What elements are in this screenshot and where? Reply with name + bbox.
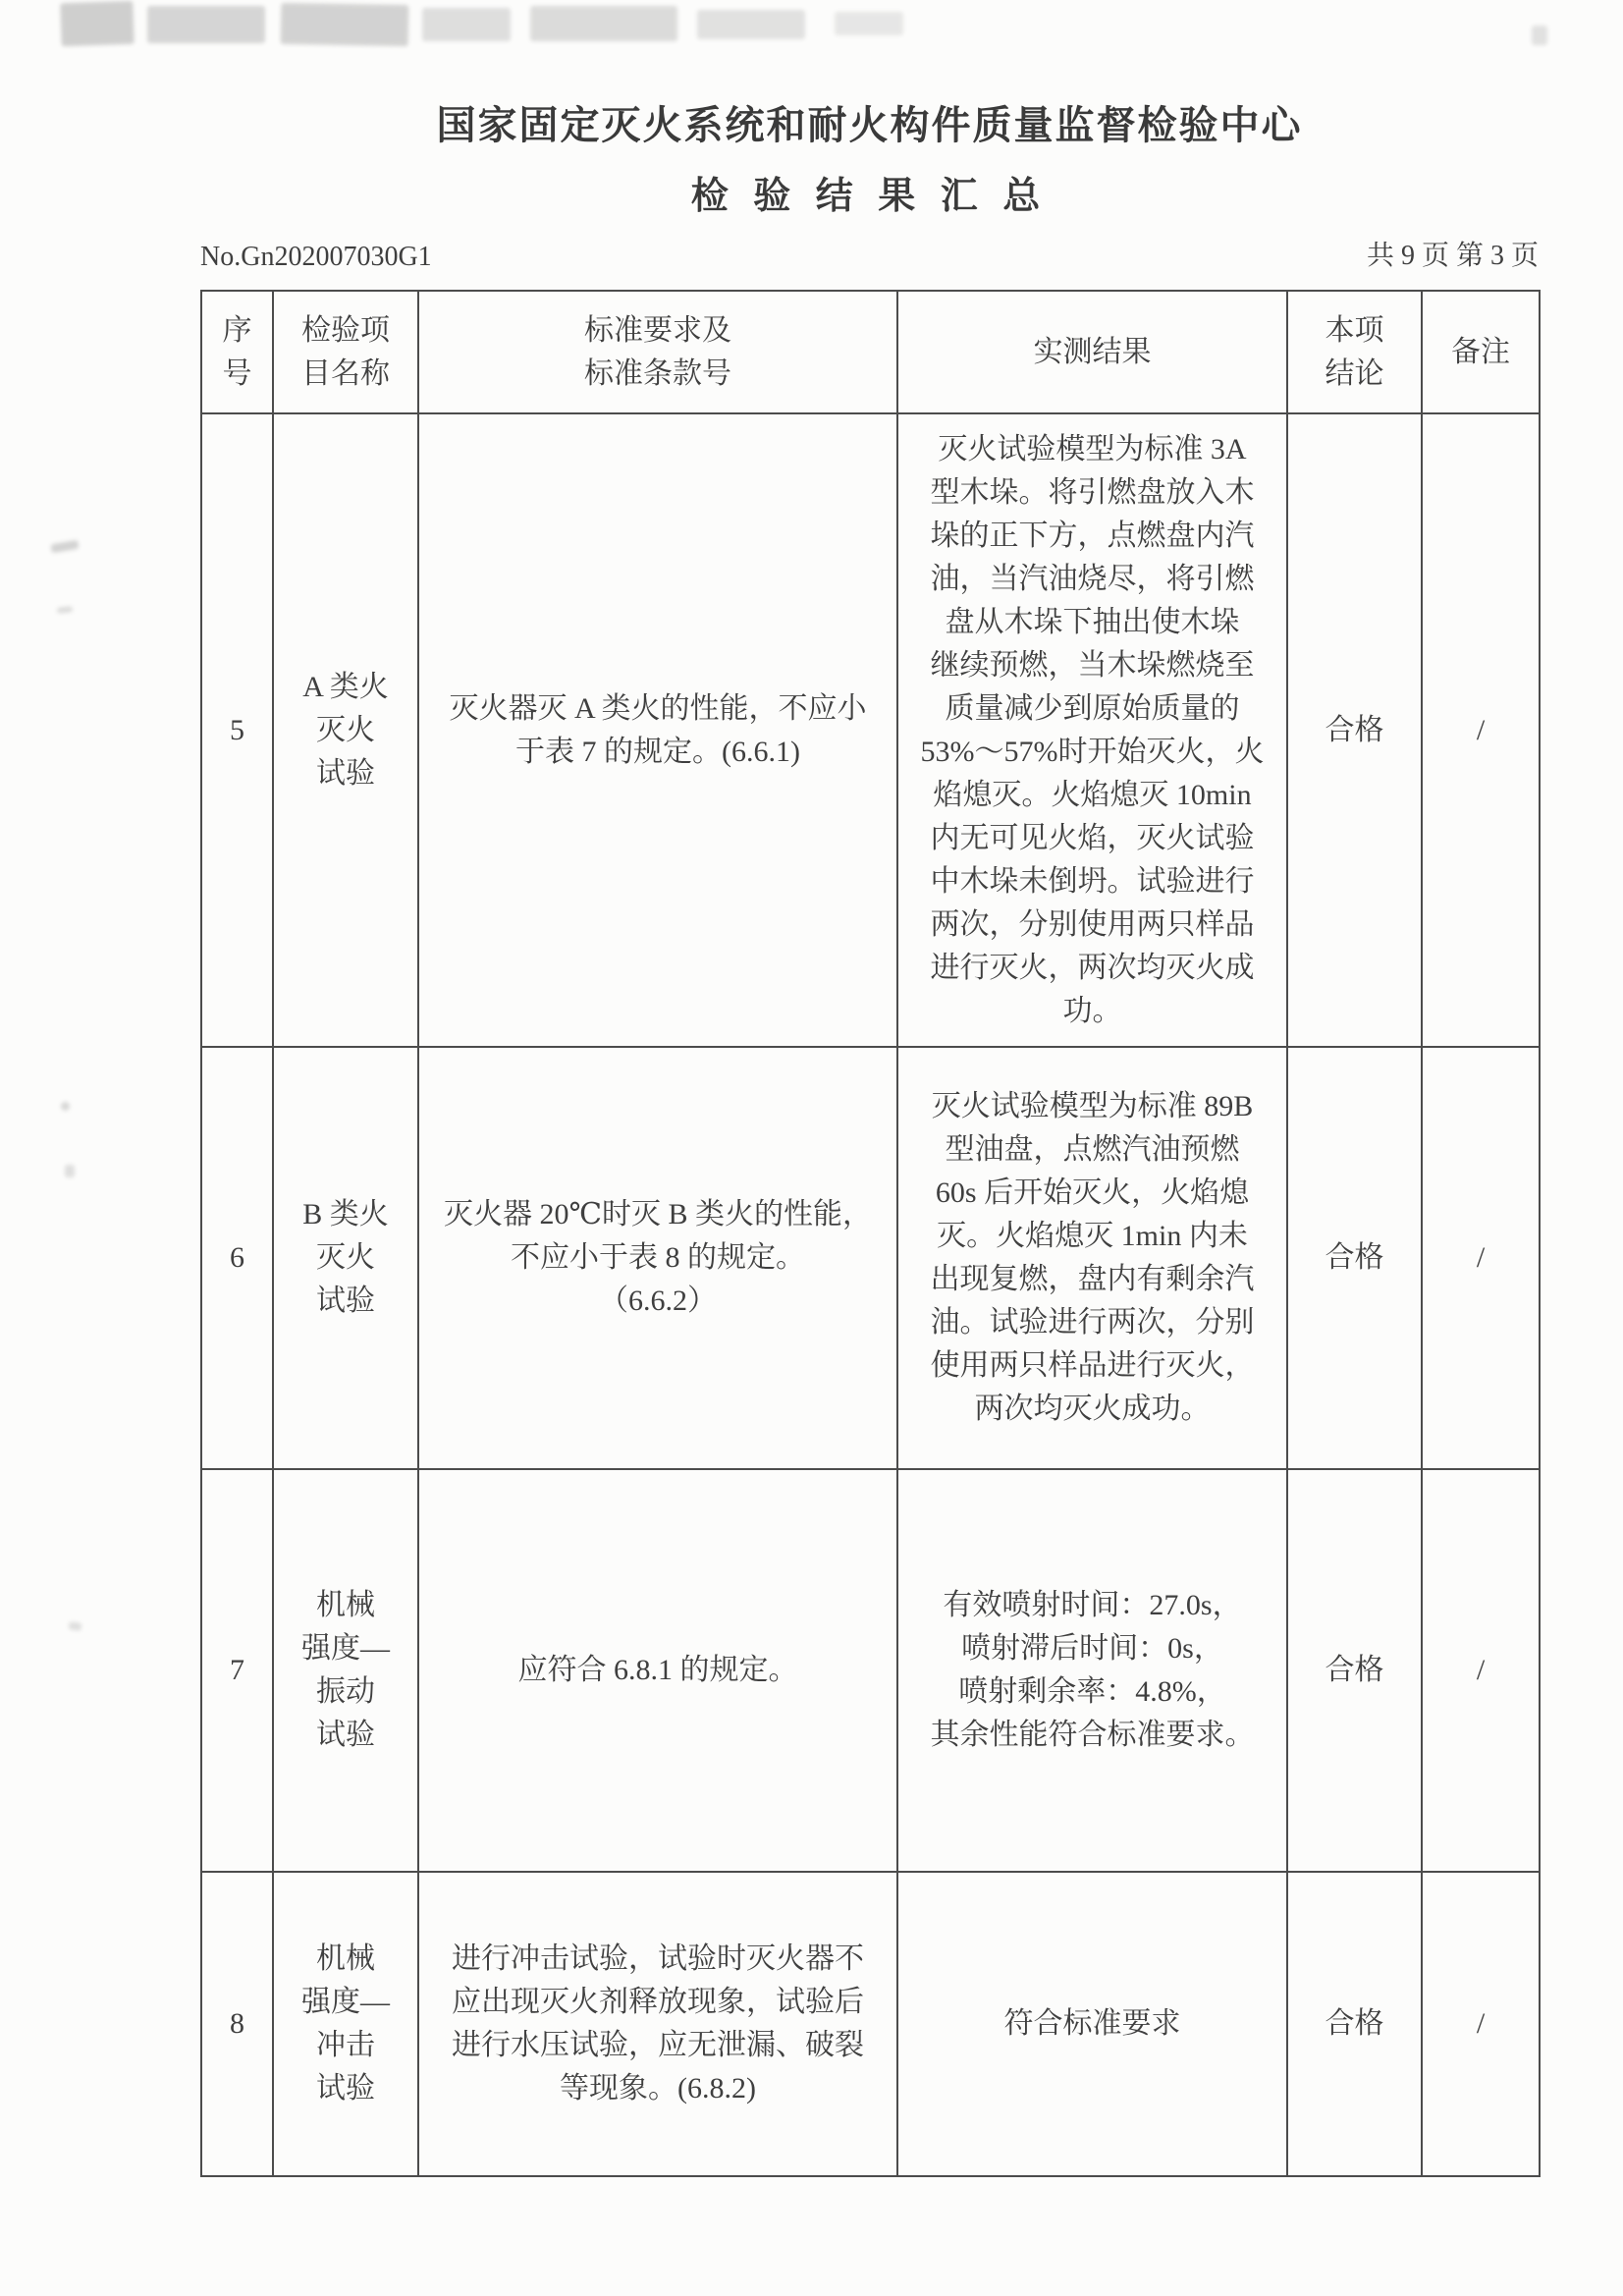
cell-remark: / bbox=[1422, 1047, 1540, 1469]
page-indicator: 共 9 页 第 3 页 bbox=[1367, 234, 1539, 273]
column-header-remark: 备注 bbox=[1422, 291, 1540, 413]
cell-conclusion: 合格 bbox=[1287, 1047, 1422, 1469]
scan-artifact bbox=[69, 1621, 82, 1631]
cell-remark: / bbox=[1422, 413, 1540, 1047]
cell-remark: / bbox=[1422, 1469, 1540, 1872]
scan-artifact bbox=[50, 540, 79, 554]
scan-artifact bbox=[835, 12, 903, 35]
results-table: 序 号 检验项 目名称 标准要求及 标准条款号 实测结果 本项 结论 备注 5 … bbox=[200, 290, 1541, 2177]
table-row-6: 6 B 类火 灭火 试验 灭火器 20℃时灭 B 类火的性能， 不应小于表 8 … bbox=[201, 1047, 1540, 1469]
cell-seq: 6 bbox=[201, 1047, 273, 1469]
column-header-item: 检验项 目名称 bbox=[273, 291, 418, 413]
cell-seq: 8 bbox=[201, 1872, 273, 2176]
cell-result: 有效喷射时间：27.0s， 喷射滞后时间：0s， 喷射剩余率：4.8%， 其余性… bbox=[897, 1469, 1287, 1872]
cell-item-name: B 类火 灭火 试验 bbox=[273, 1047, 418, 1469]
scan-artifact bbox=[57, 606, 74, 614]
cell-item-name: 机械 强度— 冲击 试验 bbox=[273, 1872, 418, 2176]
scan-artifact bbox=[422, 8, 511, 41]
cell-item-name: A 类火 灭火 试验 bbox=[273, 413, 418, 1047]
column-header-seq: 序 号 bbox=[201, 291, 273, 413]
column-header-result: 实测结果 bbox=[897, 291, 1287, 413]
cell-standard: 灭火器 20℃时灭 B 类火的性能， 不应小于表 8 的规定。 （6.6.2） bbox=[418, 1047, 897, 1469]
table-row-7: 7 机械 强度— 振动 试验 应符合 6.8.1 的规定。 有效喷射时间：27.… bbox=[201, 1469, 1540, 1872]
table-header-row: 序 号 检验项 目名称 标准要求及 标准条款号 实测结果 本项 结论 备注 bbox=[201, 291, 1540, 413]
cell-standard: 灭火器灭 A 类火的性能，不应小 于表 7 的规定。(6.6.1) bbox=[418, 413, 897, 1047]
cell-conclusion: 合格 bbox=[1287, 413, 1422, 1047]
column-header-standard: 标准要求及 标准条款号 bbox=[418, 291, 897, 413]
cell-result: 符合标准要求 bbox=[897, 1872, 1287, 2176]
scan-artifact bbox=[147, 6, 265, 43]
cell-result: 灭火试验模型为标准 89B 型油盘，点燃汽油预燃 60s 后开始灭火，火焰熄 灭… bbox=[897, 1047, 1287, 1469]
cell-seq: 7 bbox=[201, 1469, 273, 1872]
scan-artifact bbox=[61, 1102, 70, 1111]
column-header-conclusion: 本项 结论 bbox=[1287, 291, 1422, 413]
cell-standard: 进行冲击试验，试验时灭火器不 应出现灭火剂释放现象，试验后 进行水压试验，应无泄… bbox=[418, 1872, 897, 2176]
cell-conclusion: 合格 bbox=[1287, 1872, 1422, 2176]
cell-standard: 应符合 6.8.1 的规定。 bbox=[418, 1469, 897, 1872]
table-row-8: 8 机械 强度— 冲击 试验 进行冲击试验，试验时灭火器不 应出现灭火剂释放现象… bbox=[201, 1872, 1540, 2176]
scan-artifact bbox=[530, 6, 677, 41]
doc-number: No.Gn202007030G1 bbox=[200, 242, 432, 273]
page-subtitle: 检 验 结 果 汇 总 bbox=[200, 165, 1539, 219]
cell-conclusion: 合格 bbox=[1287, 1469, 1422, 1872]
cell-item-name: 机械 强度— 振动 试验 bbox=[273, 1469, 418, 1872]
scan-artifact bbox=[1532, 26, 1547, 45]
scanned-report-page: 国家固定灭火系统和耐火构件质量监督检验中心 检 验 结 果 汇 总 No.Gn2… bbox=[0, 0, 1623, 2296]
scan-artifact bbox=[281, 3, 409, 46]
table-row-5: 5 A 类火 灭火 试验 灭火器灭 A 类火的性能，不应小 于表 7 的规定。(… bbox=[201, 413, 1540, 1047]
cell-seq: 5 bbox=[201, 413, 273, 1047]
cell-remark: / bbox=[1422, 1872, 1540, 2176]
scan-artifact bbox=[697, 10, 805, 39]
meta-row: No.Gn202007030G1 共 9 页 第 3 页 bbox=[200, 234, 1539, 273]
page-title: 国家固定灭火系统和耐火构件质量监督检验中心 bbox=[200, 94, 1539, 150]
cell-result: 灭火试验模型为标准 3A 型木垛。将引燃盘放入木 垛的正下方，点燃盘内汽 油，当… bbox=[897, 413, 1287, 1047]
scan-artifact bbox=[65, 1165, 75, 1177]
scan-artifact bbox=[60, 1, 134, 47]
